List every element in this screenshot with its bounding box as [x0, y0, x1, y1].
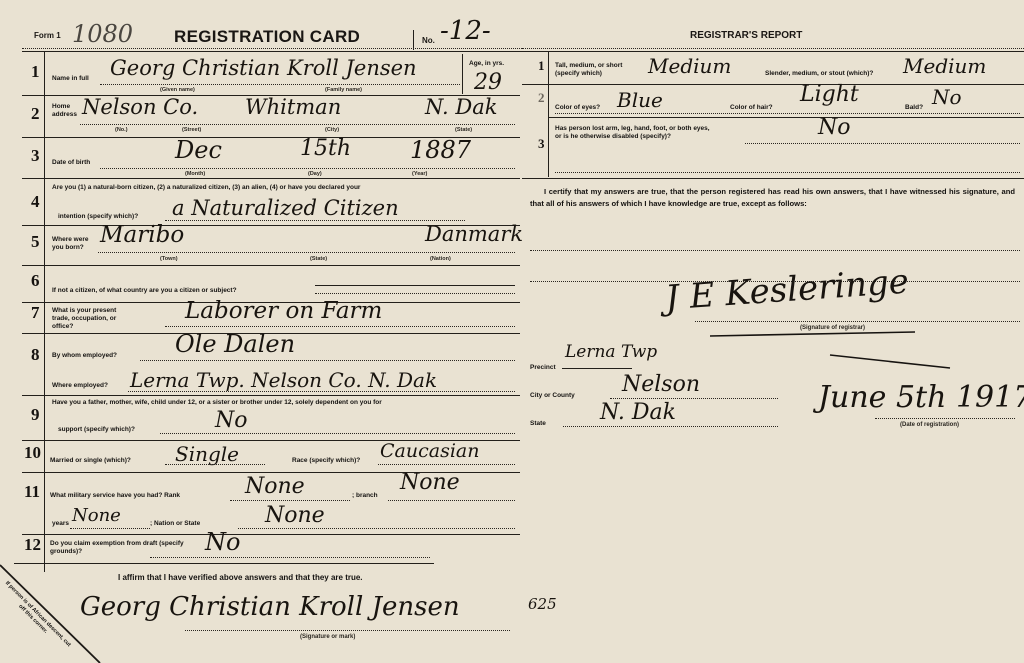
height-label: Tall, medium, or short (specify which) [555, 62, 640, 78]
dob-day: 15th [300, 136, 351, 161]
row-number: 1 [31, 62, 40, 82]
form-number: 1080 [72, 20, 133, 48]
military-rank-value: None [245, 474, 305, 499]
height-value: Medium [648, 54, 731, 78]
affirmation-text: I affirm that I have verified above answ… [118, 573, 363, 582]
exemption-value: No [205, 528, 240, 556]
branch-value: None [400, 470, 460, 495]
birth-nation: Danmark [425, 222, 523, 246]
marital-label: Married or single (which)? [50, 457, 131, 465]
signature-flourish [700, 320, 960, 380]
name-value: Georg Christian Kroll Jensen [110, 56, 417, 80]
name-label: Name in full [52, 75, 89, 83]
citizenship-value: a Naturalized Citizen [172, 196, 399, 220]
dob-month: Dec [175, 136, 222, 164]
birthplace-label: Where were you born? [52, 236, 97, 252]
side-number: 625 [528, 595, 557, 613]
disability-label: Has person lost arm, leg, hand, foot, or… [555, 125, 715, 141]
build-label: Slender, medium, or stout (which)? [765, 70, 873, 78]
state-value: N. Dak [600, 400, 676, 425]
dob-label: Date of birth [52, 159, 90, 167]
bald-label: Bald? [905, 104, 923, 112]
race-value: Caucasian [380, 440, 479, 462]
city-county-label: City or County [530, 392, 575, 400]
address-state: N. Dak [425, 95, 497, 119]
city-county-value: Nelson [622, 372, 700, 397]
years-label: years [52, 520, 69, 528]
form-label: Form 1 [34, 31, 61, 40]
build-value: Medium [903, 54, 986, 78]
certification-text: I certify that my answers are true, that… [530, 186, 1015, 210]
registrant-signature: Georg Christian Kroll Jensen [80, 592, 460, 622]
branch-label: ; branch [352, 492, 378, 500]
registrar-signature: J E Kesleringe [664, 262, 910, 319]
disability-value: No [818, 115, 851, 140]
address-no: Nelson Co. [82, 95, 198, 119]
eye-color-label: Color of eyes? [555, 104, 600, 112]
marital-value: Single [175, 442, 239, 466]
place-employed-label: Where employed? [52, 382, 108, 390]
nation-state-label: ; Nation or State [150, 520, 200, 528]
card-number-label: No. [422, 36, 435, 45]
birth-town: Maribo [100, 222, 184, 248]
employer-label: By whom employed? [52, 352, 117, 360]
precinct-label: Precinct [530, 364, 556, 372]
age-label: Age, in yrs. [469, 60, 504, 68]
report-title: REGISTRAR'S REPORT [690, 30, 802, 41]
bald-value: No [932, 85, 962, 109]
nation-state-value: None [265, 503, 325, 528]
employer-value: Ole Dalen [175, 330, 295, 358]
occupation-label: What is your present trade, occupation, … [52, 307, 132, 331]
occupation-value: Laborer on Farm [185, 298, 382, 324]
hair-color-label: Color of hair? [730, 104, 773, 112]
years-value: None [72, 505, 121, 526]
dob-year: 1887 [410, 136, 471, 164]
exemption-label: Do you claim exemption from draft (speci… [50, 540, 190, 556]
card-number: -12- [440, 16, 491, 46]
citizenship-question: Are you (1) a natural-born citizen, (2) … [52, 184, 517, 192]
hair-color-value: Light [800, 82, 859, 107]
registration-date: June 5th 1917 [818, 380, 1024, 415]
eye-color-value: Blue [617, 88, 663, 112]
address-city: Whitman [245, 95, 341, 119]
state-label: State [530, 420, 546, 428]
dependents-question: Have you a father, mother, wife, child u… [52, 399, 517, 407]
race-label: Race (specify which)? [292, 457, 360, 465]
military-rank-label: What military service have you had? Rank [50, 492, 180, 500]
citizen-of-label: If not a citizen, of what country are yo… [52, 287, 237, 295]
place-employed-value: Lerna Twp. Nelson Co. N. Dak [130, 368, 437, 392]
dependents-value: No [215, 408, 248, 433]
card-title: REGISTRATION CARD [174, 27, 360, 47]
home-address-label: Home address [52, 103, 82, 119]
precinct-value: Lerna Twp [565, 342, 657, 362]
age-value: 29 [474, 70, 502, 95]
